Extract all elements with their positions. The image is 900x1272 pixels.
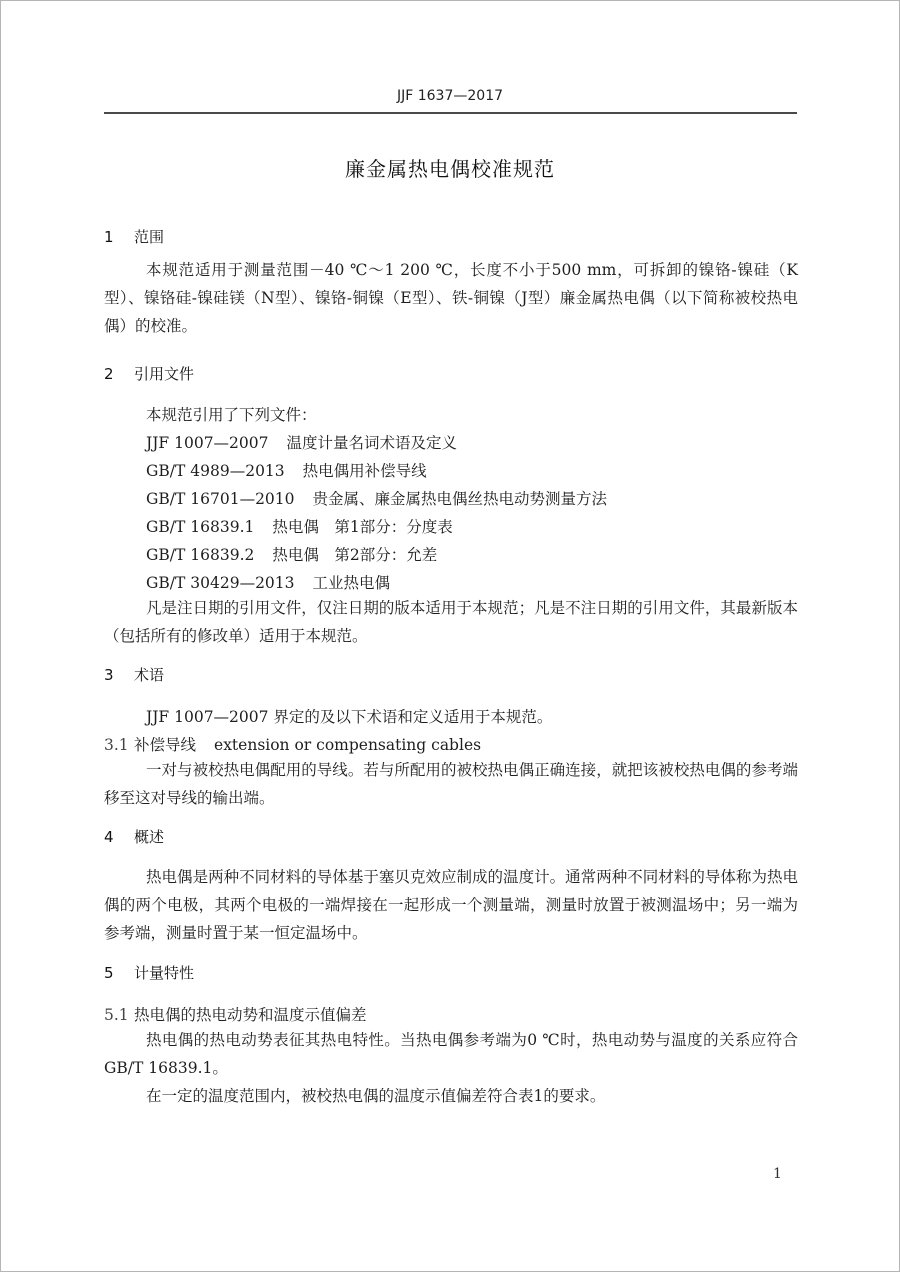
reference-item: GB/T 16839.1热电偶 第1部分：分度表 bbox=[146, 515, 453, 537]
section-title: 术语 bbox=[134, 666, 164, 684]
reference-item: JJF 1007—2007温度计量名词术语及定义 bbox=[146, 431, 457, 453]
reference-code: GB/T 16839.1 bbox=[146, 518, 254, 536]
section-number: 2 bbox=[104, 365, 134, 383]
subsection-number: 5.1 bbox=[104, 1006, 134, 1024]
term-definition: 一对与被校热电偶配用的导线。若与所配用的被校热电偶正确连接，就把该被校热电偶的参… bbox=[104, 756, 798, 812]
scope-paragraph: 本规范适用于测量范围－40 ℃～1 200 ℃，长度不小于500 mm，可拆卸的… bbox=[104, 256, 798, 340]
section-title: 引用文件 bbox=[134, 365, 194, 383]
reference-code: GB/T 16701—2010 bbox=[146, 490, 295, 508]
reference-code: GB/T 16839.2 bbox=[146, 546, 254, 564]
terms-intro: JJF 1007—2007 界定的及以下术语和定义适用于本规范。 bbox=[146, 705, 552, 727]
header-rule bbox=[104, 112, 797, 114]
reference-name: 工业热电偶 bbox=[313, 574, 391, 592]
reference-item: GB/T 4989—2013热电偶用补偿导线 bbox=[146, 459, 427, 481]
document-title: 廉金属热电偶校准规范 bbox=[0, 153, 900, 182]
section-title: 计量特性 bbox=[134, 964, 194, 982]
references-intro: 本规范引用了下列文件： bbox=[146, 403, 317, 425]
overview-paragraph: 热电偶是两种不同材料的导体基于塞贝克效应制成的温度计。通常两种不同材料的导体称为… bbox=[104, 863, 798, 947]
references-note: 凡是注日期的引用文件，仅注日期的版本适用于本规范；凡是不注日期的引用文件，其最新… bbox=[104, 594, 798, 650]
section-number: 4 bbox=[104, 828, 134, 846]
reference-name: 热电偶用补偿导线 bbox=[303, 462, 427, 480]
section-heading-4: 4概述 bbox=[104, 826, 164, 847]
deviation-paragraph: 在一定的温度范围内，被校热电偶的温度示值偏差符合表1的要求。 bbox=[104, 1082, 798, 1110]
subsection-title: 热电偶的热电动势和温度示值偏差 bbox=[134, 1006, 367, 1024]
section-title: 范围 bbox=[134, 228, 164, 246]
reference-code: GB/T 4989—2013 bbox=[146, 462, 285, 480]
reference-name: 热电偶 第1部分：分度表 bbox=[272, 518, 452, 536]
section-heading-2: 2引用文件 bbox=[104, 363, 194, 384]
term-english: extension or compensating cables bbox=[214, 736, 481, 754]
subsection-heading-3-1: 3.1补偿导线extension or compensating cables bbox=[104, 733, 481, 755]
section-number: 3 bbox=[104, 666, 134, 684]
section-heading-1: 1范围 bbox=[104, 226, 164, 247]
reference-name: 温度计量名词术语及定义 bbox=[287, 434, 458, 452]
section-number: 5 bbox=[104, 964, 134, 982]
section-number: 1 bbox=[104, 228, 134, 246]
reference-name: 贵金属、廉金属热电偶丝热电动势测量方法 bbox=[313, 490, 608, 508]
reference-code: GB/T 30429—2013 bbox=[146, 574, 295, 592]
emf-paragraph: 热电偶的热电动势表征其热电特性。当热电偶参考端为0 ℃时，热电动势与温度的关系应… bbox=[104, 1026, 798, 1082]
reference-code: JJF 1007—2007 bbox=[146, 434, 269, 452]
reference-name: 热电偶 第2部分：允差 bbox=[272, 546, 437, 564]
reference-item: GB/T 30429—2013工业热电偶 bbox=[146, 571, 390, 593]
section-title: 概述 bbox=[134, 828, 164, 846]
section-heading-5: 5计量特性 bbox=[104, 962, 194, 983]
subsection-heading-5-1: 5.1热电偶的热电动势和温度示值偏差 bbox=[104, 1003, 367, 1025]
section-heading-3: 3术语 bbox=[104, 664, 164, 685]
reference-item: GB/T 16701—2010贵金属、廉金属热电偶丝热电动势测量方法 bbox=[146, 487, 607, 509]
page-number: 1 bbox=[773, 1166, 782, 1182]
term-title: 补偿导线 bbox=[134, 736, 196, 754]
reference-item: GB/T 16839.2热电偶 第2部分：允差 bbox=[146, 543, 437, 565]
subsection-number: 3.1 bbox=[104, 736, 134, 754]
running-header-code: JJF 1637—2017 bbox=[0, 88, 900, 104]
